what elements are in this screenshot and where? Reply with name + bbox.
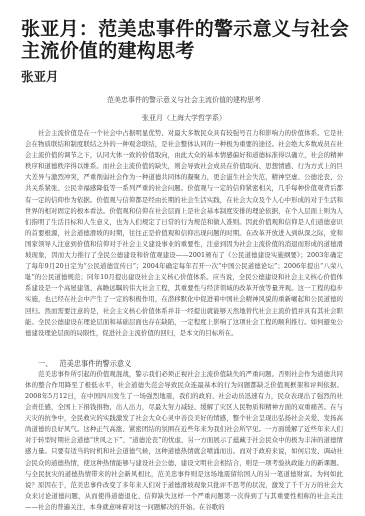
intro-paragraph: 社会主流价值是在一个社会中占据明显优势、对最大多数民众具有较强号召力和影响力的价… xyxy=(25,128,343,339)
section-heading: 一、范美忠事件的警示意义 xyxy=(38,358,343,369)
article-title: 范美忠事件的警示意义与社会主流价值的建构思考 xyxy=(25,96,343,105)
author-byline: 张亚月 xyxy=(21,67,59,85)
page-title: 张亚月：范美忠事件的警示意义与社会主流价值的建构思考 xyxy=(21,18,351,62)
article-body: 范美忠事件的警示意义与社会主流价值的建构思考 张亚月（上海大学哲学系） 社会主流… xyxy=(25,96,343,513)
section-title: 范美忠事件的警示意义 xyxy=(59,359,131,368)
document-page: 张亚月：范美忠事件的警示意义与社会主流价值的建构思考 张亚月 范美忠事件的警示意… xyxy=(0,0,365,516)
section-paragraph: 范美忠事件所引起的价值观混战，警示我们必须正视社会主流价值缺失的严重问题。否则社… xyxy=(25,369,343,513)
section-number: 一、 xyxy=(38,359,52,368)
article-author-affiliation: 张亚月（上海大学哲学系） xyxy=(25,114,343,123)
